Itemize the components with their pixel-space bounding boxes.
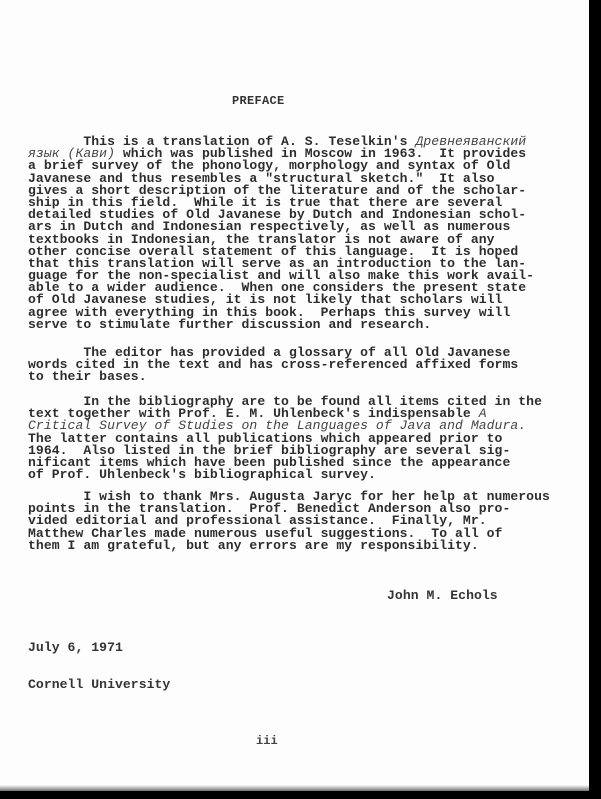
text-run: serve to stimulate further discussion an…: [28, 317, 431, 332]
signature: John M. Echols: [387, 588, 498, 603]
document-page: PREFACE This is a translation of A. S. T…: [0, 0, 589, 791]
page-title: PREFACE: [232, 94, 285, 108]
paragraph-bibliography: In the bibliography are to be found all …: [28, 396, 528, 481]
page-number: iii: [256, 734, 278, 748]
text-line: to their bases.: [28, 371, 528, 383]
text-line: of Prof. Uhlenbeck's bibliographical sur…: [28, 469, 528, 481]
text-line: them I am grateful, but any errors are m…: [28, 540, 528, 552]
date: July 6, 1971: [28, 642, 170, 654]
paragraph-acknowledgements: I wish to thank Mrs. Augusta Jaryc for h…: [28, 491, 528, 552]
paragraph-intro: This is a translation of A. S. Teselkin'…: [28, 136, 528, 331]
text-line: serve to stimulate further discussion an…: [28, 319, 528, 331]
text-run: them I am grateful, but any errors are m…: [28, 538, 479, 553]
scan-shadow: [0, 785, 589, 791]
affiliation: Cornell University: [28, 679, 170, 691]
date-block: July 6, 1971 Cornell University: [28, 618, 170, 716]
text-run: to their bases.: [28, 369, 147, 384]
paragraph-glossary: The editor has provided a glossary of al…: [28, 347, 528, 384]
text-run: of Prof. Uhlenbeck's bibliographical sur…: [28, 467, 376, 482]
